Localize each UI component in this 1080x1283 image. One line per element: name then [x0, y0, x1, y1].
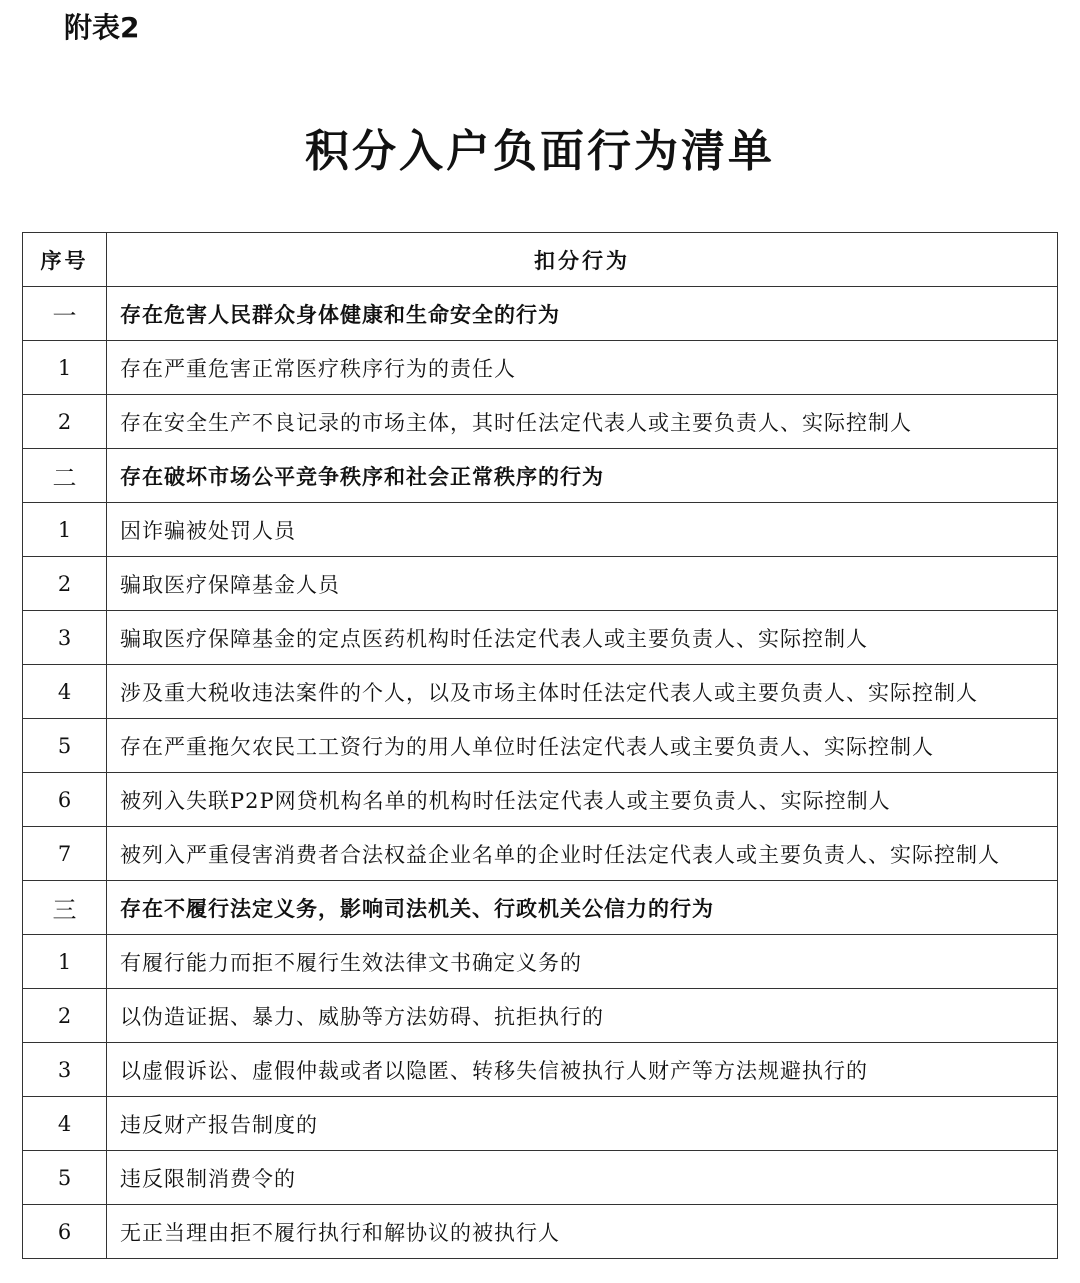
serial-cell: 2 — [23, 557, 107, 611]
behavior-cell: 被列入失联P2P网贷机构名单的机构时任法定代表人或主要负责人、实际控制人 — [107, 773, 1058, 827]
serial-cell: 6 — [23, 773, 107, 827]
table-row: 3骗取医疗保障基金的定点医药机构时任法定代表人或主要负责人、实际控制人 — [23, 611, 1058, 665]
table-row: 5存在严重拖欠农民工工资行为的用人单位时任法定代表人或主要负责人、实际控制人 — [23, 719, 1058, 773]
table-row: 4涉及重大税收违法案件的个人，以及市场主体时任法定代表人或主要负责人、实际控制人 — [23, 665, 1058, 719]
behavior-cell: 以虚假诉讼、虚假仲裁或者以隐匿、转移失信被执行人财产等方法规避执行的 — [107, 1043, 1058, 1097]
header-serial: 序号 — [23, 233, 107, 287]
behavior-cell: 以伪造证据、暴力、威胁等方法妨碍、抗拒执行的 — [107, 989, 1058, 1043]
serial-cell: 2 — [23, 395, 107, 449]
serial-cell: 1 — [23, 503, 107, 557]
behavior-cell: 有履行能力而拒不履行生效法律文书确定义务的 — [107, 935, 1058, 989]
document-title: 积分入户负面行为清单 — [0, 115, 1080, 179]
table-header-row: 序号 扣分行为 — [23, 233, 1058, 287]
negative-behavior-table: 序号 扣分行为 一存在危害人民群众身体健康和生命安全的行为1存在严重危害正常医疗… — [22, 232, 1058, 1259]
table-row: 3以虚假诉讼、虚假仲裁或者以隐匿、转移失信被执行人财产等方法规避执行的 — [23, 1043, 1058, 1097]
table-row: 7被列入严重侵害消费者合法权益企业名单的企业时任法定代表人或主要负责人、实际控制… — [23, 827, 1058, 881]
serial-cell: 二 — [23, 449, 107, 503]
table-row: 2以伪造证据、暴力、威胁等方法妨碍、抗拒执行的 — [23, 989, 1058, 1043]
behavior-cell: 存在危害人民群众身体健康和生命安全的行为 — [107, 287, 1058, 341]
behavior-cell: 涉及重大税收违法案件的个人，以及市场主体时任法定代表人或主要负责人、实际控制人 — [107, 665, 1058, 719]
serial-cell: 一 — [23, 287, 107, 341]
serial-cell: 2 — [23, 989, 107, 1043]
behavior-cell: 存在破坏市场公平竞争秩序和社会正常秩序的行为 — [107, 449, 1058, 503]
behavior-cell: 违反财产报告制度的 — [107, 1097, 1058, 1151]
table-row: 2骗取医疗保障基金人员 — [23, 557, 1058, 611]
behavior-cell: 被列入严重侵害消费者合法权益企业名单的企业时任法定代表人或主要负责人、实际控制人 — [107, 827, 1058, 881]
appendix-label: 附表2 — [64, 6, 139, 46]
table-row: 6无正当理由拒不履行执行和解协议的被执行人 — [23, 1205, 1058, 1259]
behavior-cell: 存在严重危害正常医疗秩序行为的责任人 — [107, 341, 1058, 395]
table-row: 1因诈骗被处罚人员 — [23, 503, 1058, 557]
table-row: 2存在安全生产不良记录的市场主体，其时任法定代表人或主要负责人、实际控制人 — [23, 395, 1058, 449]
section-row: 一存在危害人民群众身体健康和生命安全的行为 — [23, 287, 1058, 341]
table-row: 1有履行能力而拒不履行生效法律文书确定义务的 — [23, 935, 1058, 989]
serial-cell: 3 — [23, 1043, 107, 1097]
serial-cell: 4 — [23, 665, 107, 719]
behavior-cell: 存在安全生产不良记录的市场主体，其时任法定代表人或主要负责人、实际控制人 — [107, 395, 1058, 449]
table-row: 4违反财产报告制度的 — [23, 1097, 1058, 1151]
table-row: 5违反限制消费令的 — [23, 1151, 1058, 1205]
section-row: 二存在破坏市场公平竞争秩序和社会正常秩序的行为 — [23, 449, 1058, 503]
behavior-cell: 骗取医疗保障基金人员 — [107, 557, 1058, 611]
serial-cell: 4 — [23, 1097, 107, 1151]
serial-cell: 5 — [23, 719, 107, 773]
behavior-cell: 骗取医疗保障基金的定点医药机构时任法定代表人或主要负责人、实际控制人 — [107, 611, 1058, 665]
serial-cell: 7 — [23, 827, 107, 881]
behavior-cell: 违反限制消费令的 — [107, 1151, 1058, 1205]
behavior-cell: 存在不履行法定义务，影响司法机关、行政机关公信力的行为 — [107, 881, 1058, 935]
serial-cell: 6 — [23, 1205, 107, 1259]
serial-cell: 三 — [23, 881, 107, 935]
table-row: 1存在严重危害正常医疗秩序行为的责任人 — [23, 341, 1058, 395]
behavior-cell: 因诈骗被处罚人员 — [107, 503, 1058, 557]
serial-cell: 5 — [23, 1151, 107, 1205]
serial-cell: 1 — [23, 341, 107, 395]
serial-cell: 1 — [23, 935, 107, 989]
behavior-cell: 无正当理由拒不履行执行和解协议的被执行人 — [107, 1205, 1058, 1259]
table-row: 6被列入失联P2P网贷机构名单的机构时任法定代表人或主要负责人、实际控制人 — [23, 773, 1058, 827]
section-row: 三存在不履行法定义务，影响司法机关、行政机关公信力的行为 — [23, 881, 1058, 935]
header-behavior: 扣分行为 — [107, 233, 1058, 287]
serial-cell: 3 — [23, 611, 107, 665]
behavior-cell: 存在严重拖欠农民工工资行为的用人单位时任法定代表人或主要负责人、实际控制人 — [107, 719, 1058, 773]
